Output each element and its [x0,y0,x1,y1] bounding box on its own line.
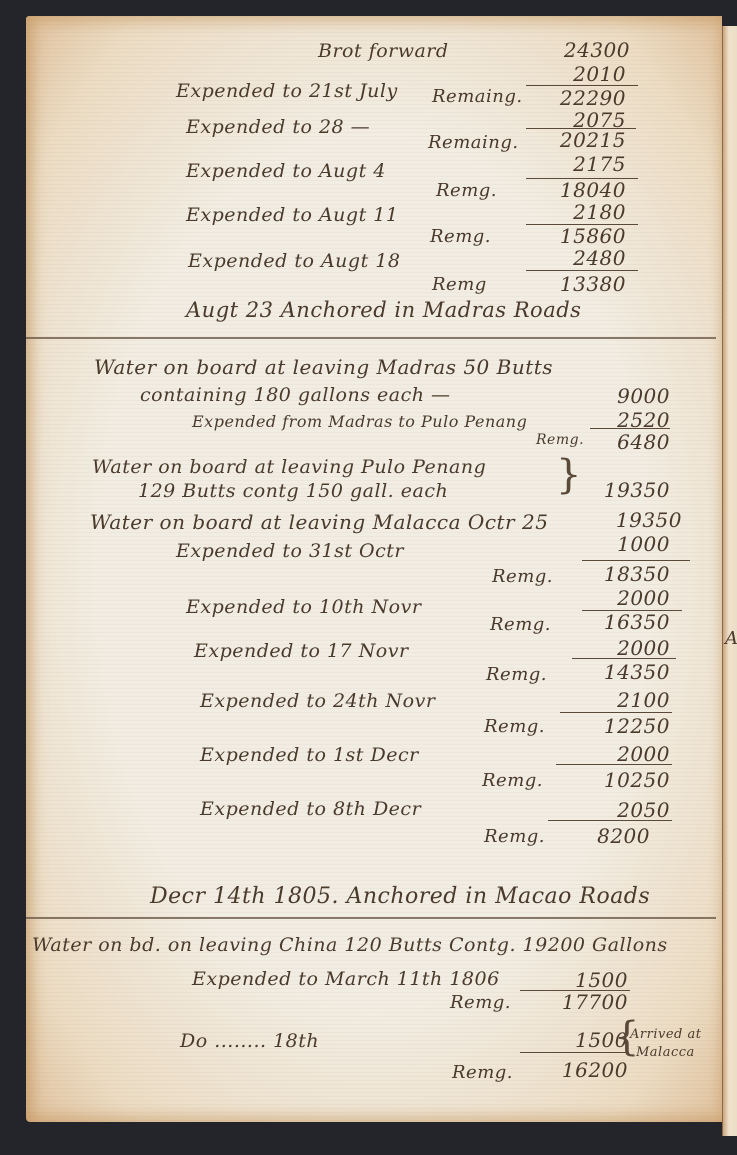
remaining-value: 17700 [498,990,628,1014]
remaining-value: 13380 [496,272,626,296]
madras-expended-label: Expended from Madras to Pulo Penang [192,412,527,431]
remaining-value: 16200 [498,1058,628,1082]
remaining-label: Remg. [486,664,547,685]
penang-line2: 129 Butts contg 150 gall. each [138,480,448,502]
expended-value: 1500 [498,1028,628,1052]
china-header: Water on bd. on leaving China 120 Butts … [32,934,668,956]
entry-label: Expended to 8th Decr [200,798,421,820]
margin-note-line1: Arrived at [630,1026,701,1044]
entry-label: Expended to March 11th 1806 [192,968,500,990]
entry-label: Expended to 31st Octr [176,540,404,562]
expended-value: 2100 [540,688,670,712]
madras-line2: containing 180 gallons each — [140,384,451,406]
malacca-total: 19350 [552,508,682,532]
remaining-value: 8200 [520,824,650,848]
sum-rule [520,1052,628,1053]
expended-value: 2050 [540,798,670,822]
remaining-label: Remg. [482,770,543,791]
sum-rule [548,820,672,821]
margin-note-line2: Malacca [636,1044,695,1062]
brought-forward-value: 24300 [500,38,630,62]
sum-rule [560,712,672,713]
adjacent-page-edge: A [722,26,737,1136]
entry-label: Expended to Augt 18 [188,250,400,272]
expended-value: 2000 [540,636,670,660]
section-divider [26,337,716,339]
remaining-value: 16350 [540,610,670,634]
sum-rule [526,270,638,271]
expended-value: 2010 [496,62,626,86]
entry-label: Expended to 24th Novr [200,690,435,712]
expended-value: 1500 [498,968,628,992]
brought-forward-label: Brot forward [318,40,449,62]
malacca-line: Water on board at leaving Malacca Octr 2… [90,510,548,534]
remaining-label: Remg. [430,226,491,247]
adjacent-page-text: A [725,628,737,649]
entry-label: Expended to 28 — [186,116,370,138]
remaining-label: Remg [432,274,487,295]
madras-line1: Water on board at leaving Madras 50 Butt… [94,355,553,379]
remaining-value: 18350 [540,562,670,586]
remaining-value: 10250 [540,768,670,792]
remaining-label: Remg. [436,180,497,201]
remaining-value: 15860 [496,224,626,248]
expended-value: 2000 [540,742,670,766]
section-divider [26,917,716,919]
remaining-value: 12250 [540,714,670,738]
entry-label: Expended to Augt 11 [186,204,398,226]
sum-rule [556,764,672,765]
sum-rule [590,428,670,429]
anchored-note: Decr 14th 1805. Anchored in Macao Roads [150,884,650,909]
expended-value: 1000 [540,532,670,556]
madras-total: 9000 [540,384,670,408]
remaining-value: 20215 [496,128,626,152]
penang-line1: Water on board at leaving Pulo Penang [92,456,486,478]
expended-value: 2480 [496,246,626,270]
entry-label: Expended to 10th Novr [186,596,421,618]
madras-remaining: 6480 [540,430,670,454]
expended-value: 2180 [496,200,626,224]
penang-total: 19350 [540,478,670,502]
remaining-value: 22290 [496,86,626,110]
expended-value: 2000 [540,586,670,610]
remaining-label: Remg. [484,716,545,737]
remaining-value: 14350 [540,660,670,684]
entry-label: Expended to 1st Decr [200,744,419,766]
entry-label: Expended to 17 Novr [194,640,409,662]
entry-label: Do ........ 18th [180,1030,319,1052]
anchored-note: Augt 23 Anchored in Madras Roads [186,298,581,322]
remaining-value: 18040 [496,178,626,202]
entry-label: Expended to 21st July [176,80,398,102]
sum-rule [582,560,690,561]
entry-label: Expended to Augt 4 [186,160,386,182]
expended-value: 2175 [496,152,626,176]
sum-rule [572,658,676,659]
